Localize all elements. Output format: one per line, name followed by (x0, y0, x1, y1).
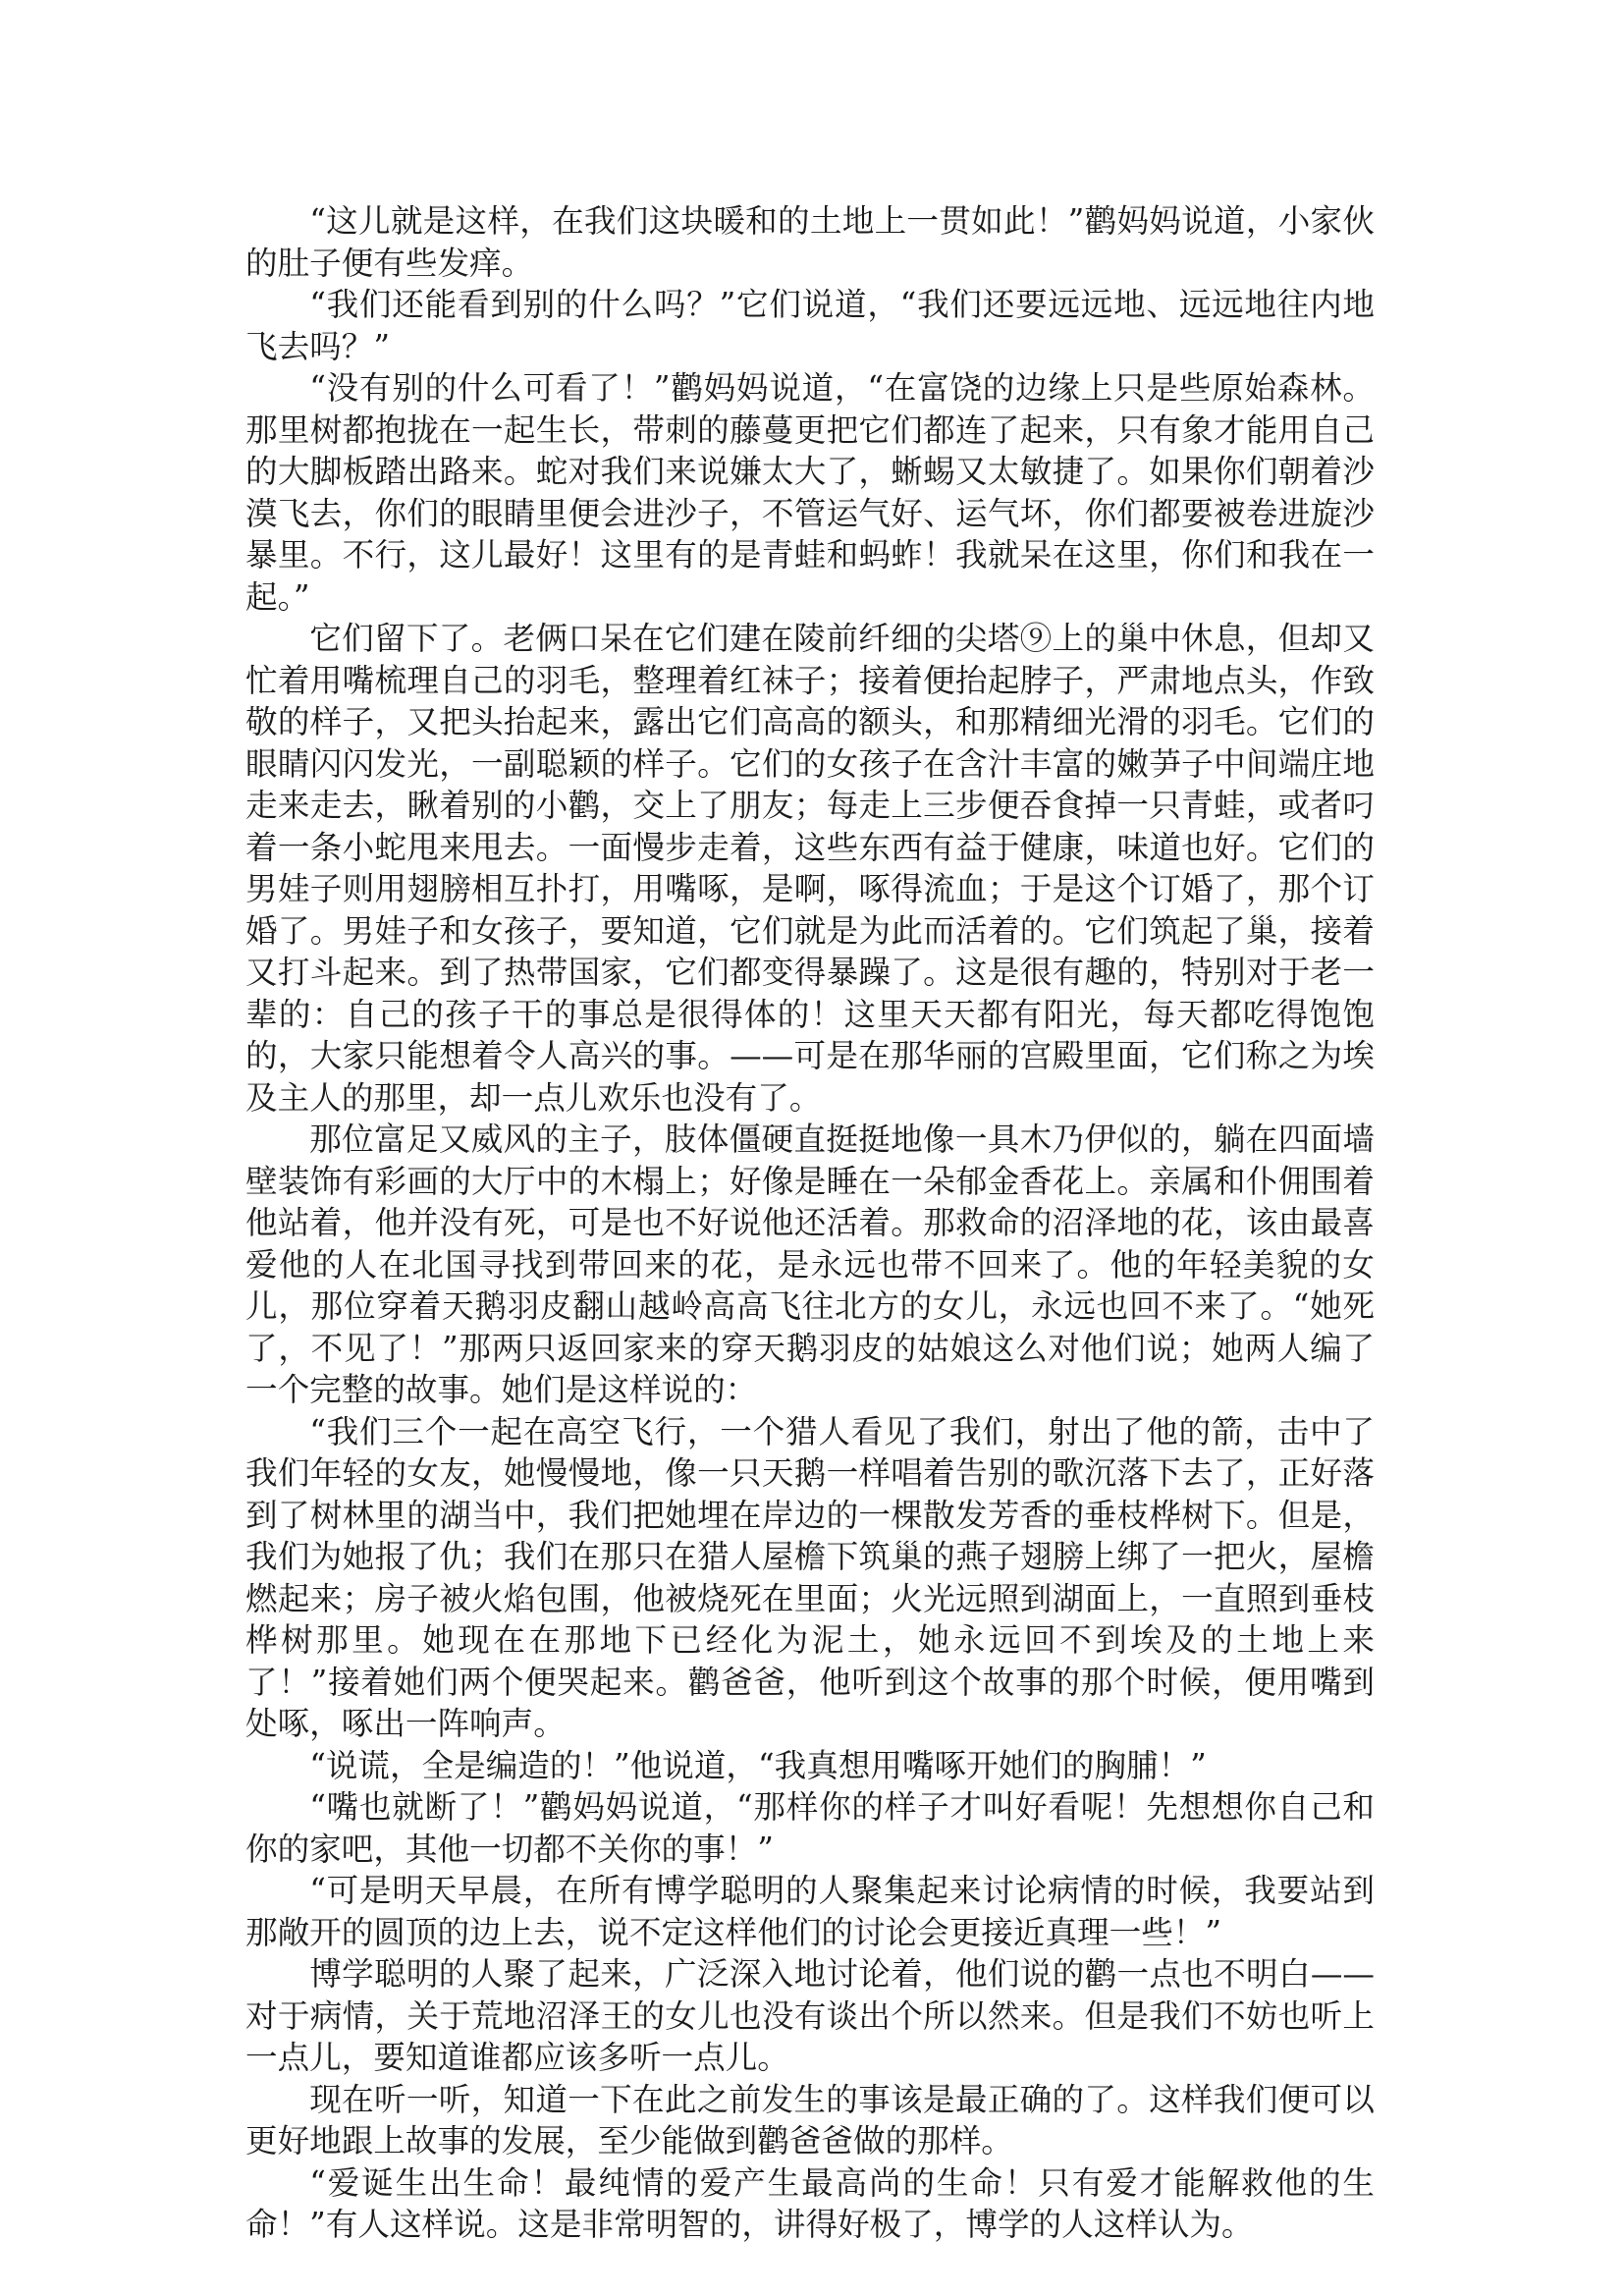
paragraph: “没有别的什么可看了！”鹳妈妈说道，“在富饶的边缘上只是些原始森林。那里树都抱拢… (245, 367, 1375, 618)
paragraph: “我们三个一起在高空飞行，一个猎人看见了我们，射出了他的箭，击中了我们年轻的女友… (245, 1411, 1375, 1745)
paragraph: “可是明天早晨，在所有博学聪明的人聚集起来讨论病情的时候，我要站到那敞开的圆顶的… (245, 1870, 1375, 1953)
paragraph: 它们留下了。老俩口呆在它们建在陵前纤细的尖塔⑨上的巢中休息，但却又忙着用嘴梳理自… (245, 618, 1375, 1119)
document-page: “这儿就是这样，在我们这块暖和的土地上一贯如此！”鹳妈妈说道，小家伙的肚子便有些… (245, 200, 1375, 2246)
paragraph: “爱诞生出生命！最纯情的爱产生最高尚的生命！只有爱才能解救他的生命！”有人这样说… (245, 2162, 1375, 2246)
paragraph: “我们还能看到别的什么吗？”它们说道，“我们还要远远地、远远地往内地飞去吗？” (245, 284, 1375, 367)
paragraph: “说谎，全是编造的！”他说道，“我真想用嘴啄开她们的胸脯！” (245, 1745, 1375, 1787)
paragraph: 现在听一听，知道一下在此之前发生的事该是最正确的了。这样我们便可以更好地跟上故事… (245, 2079, 1375, 2162)
paragraph: “嘴也就断了！”鹳妈妈说道，“那样你的样子才叫好看呢！先想想你自己和你的家吧，其… (245, 1786, 1375, 1870)
paragraph: 那位富足又威风的主子，肢体僵硬直挺挺地像一具木乃伊似的，躺在四面墙壁装饰有彩画的… (245, 1119, 1375, 1411)
paragraph: 博学聪明的人聚了起来，广泛深入地讨论着，他们说的鹳一点也不明白——对于病情，关于… (245, 1953, 1375, 2079)
paragraph: “这儿就是这样，在我们这块暖和的土地上一贯如此！”鹳妈妈说道，小家伙的肚子便有些… (245, 200, 1375, 284)
